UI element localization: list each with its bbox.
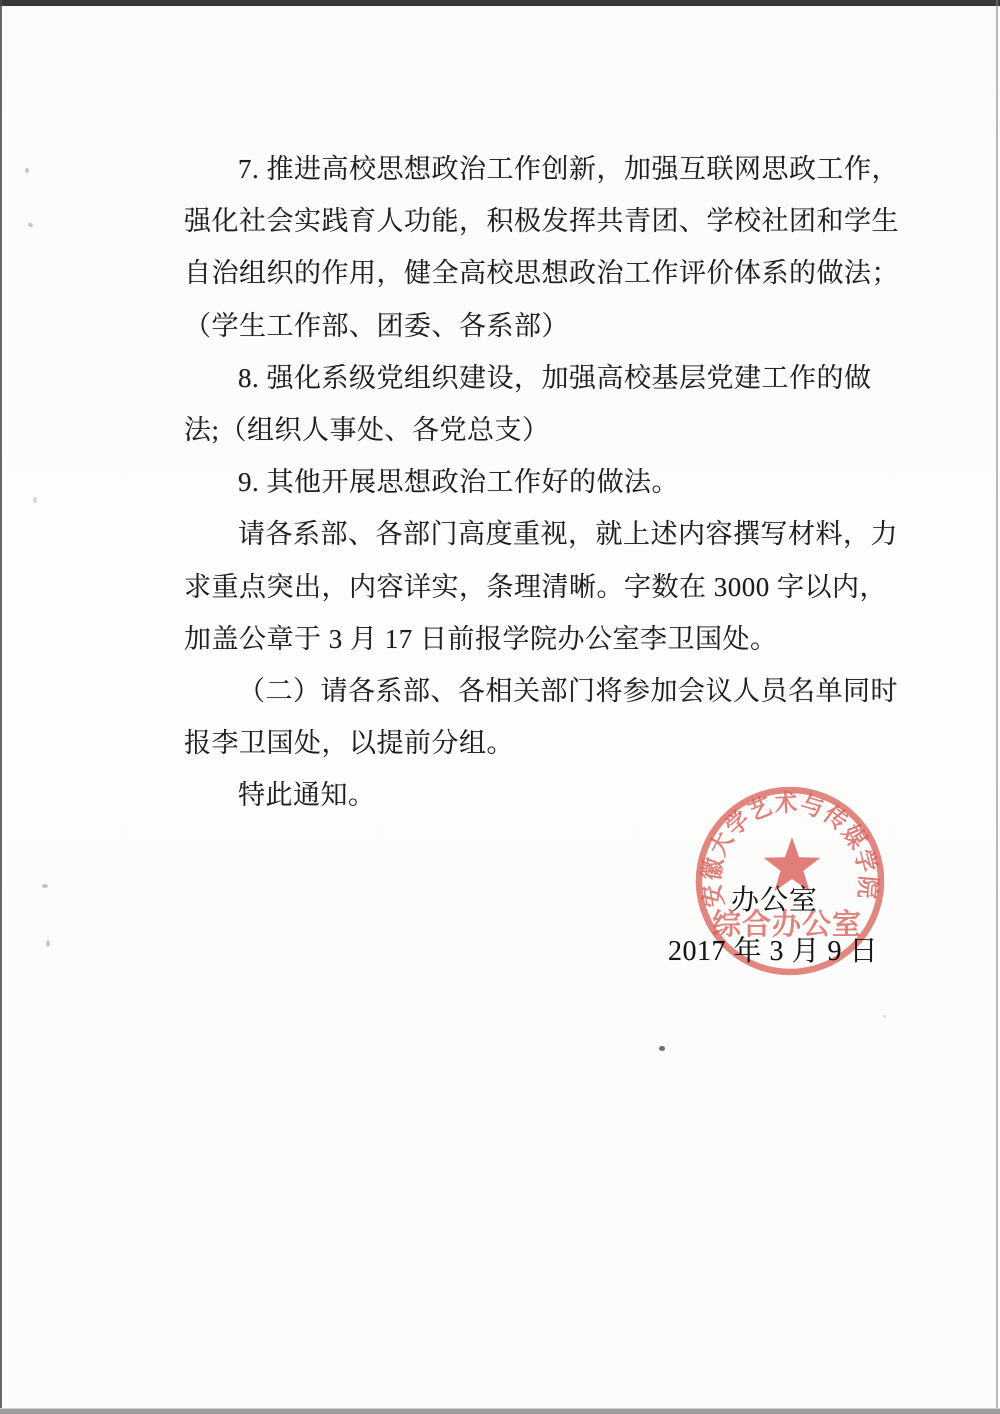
scan-speck: [436, 208, 439, 211]
text-line-para2-1: （二）请各系部、各相关部门将参加会议人员名单同时: [184, 665, 904, 717]
scan-edge-bottom: [0, 1408, 1000, 1414]
text-line-para2-2: 报李卫国处，以提前分组。: [184, 717, 904, 769]
text-line-item7-2: 强化社会实践育人功能，积极发挥共青团、学校社团和学生: [184, 195, 904, 247]
scan-edge-left: [0, 0, 2, 1414]
signature-office: 办公室: [731, 878, 818, 918]
scan-speck: [42, 884, 48, 888]
scan-speck: [25, 168, 29, 173]
scanned-document-page: 安徽大学艺术与传媒学院 综合办公室 7. 推进高校思想政治工作创新，加强互联网思…: [0, 0, 1000, 1414]
scan-edge-top: [0, 0, 1000, 6]
scan-speck: [659, 1046, 665, 1051]
document-body: 7. 推进高校思想政治工作创新，加强互联网思政工作， 强化社会实践育人功能，积极…: [184, 143, 904, 821]
text-line-para1-2: 求重点突出，内容详实，条理清晰。字数在 3000 字以内，: [184, 561, 904, 613]
text-line-item7-4: （学生工作部、团委、各系部）: [184, 300, 904, 352]
scan-speck: [46, 940, 50, 947]
scan-edge-right: [996, 0, 998, 1414]
text-line-item8-2: 法;（组织人事处、各党总支）: [184, 404, 904, 456]
text-line-item7-1: 7. 推进高校思想政治工作创新，加强互联网思政工作，: [184, 143, 904, 195]
scan-speck: [27, 222, 33, 228]
scan-speck: [33, 497, 37, 503]
text-line-item8-1: 8. 强化系级党组织建设，加强高校基层党建工作的做: [184, 352, 904, 404]
text-line-para1-1: 请各系部、各部门高度重视，就上述内容撰写材料，力: [184, 508, 904, 560]
scan-speck: [883, 1015, 886, 1018]
text-line-item9: 9. 其他开展思想政治工作好的做法。: [184, 456, 904, 508]
text-line-para1-3: 加盖公章于 3 月 17 日前报学院办公室李卫国处。: [184, 613, 904, 665]
text-line-item7-3: 自治组织的作用，健全高校思想政治工作评价体系的做法；: [184, 247, 904, 299]
signature-date: 2017 年 3 月 9 日: [668, 929, 878, 969]
